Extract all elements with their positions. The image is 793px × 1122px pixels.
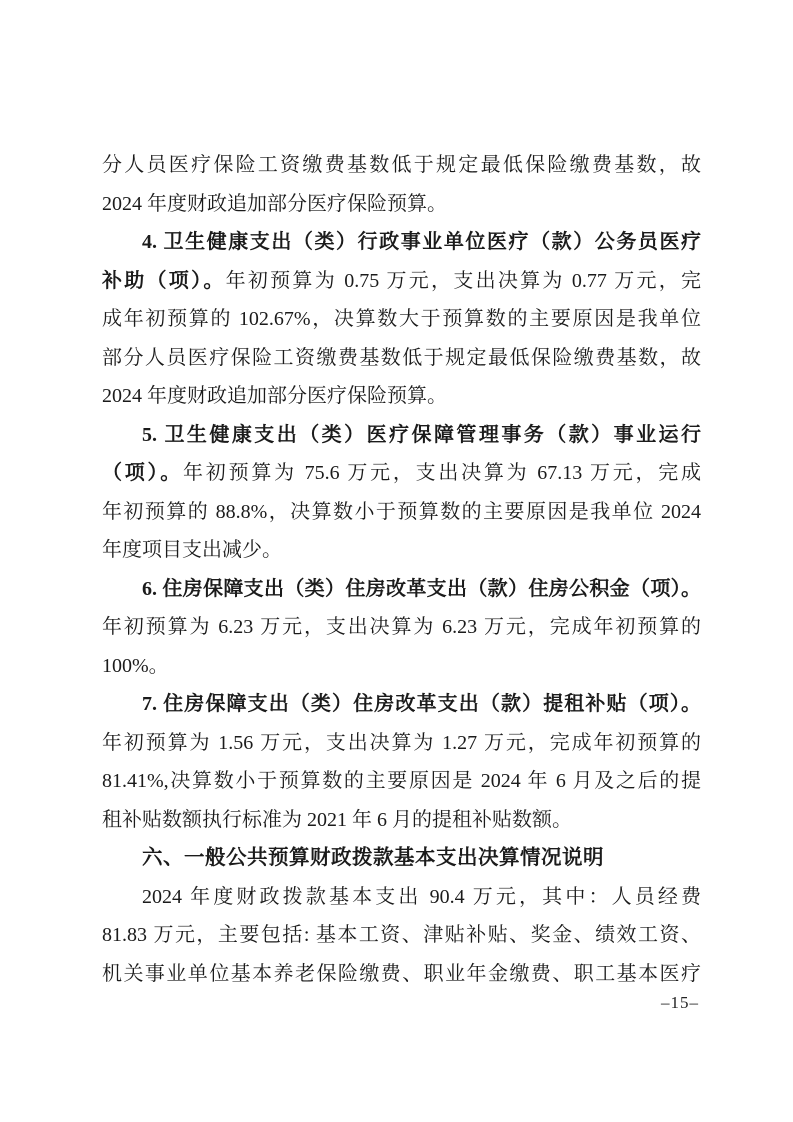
text-line: 六、一般公共预算财政拨款基本支出决算情况说明 [102, 839, 701, 878]
text-segment: 81.41%,决算数小于预算数的主要原因是 2024 年 6 月及之后的提 [102, 770, 701, 792]
document-body: 分人员医疗保险工资缴费基数低于规定最低保险缴费基数，故2024 年度财政追加部分… [102, 146, 701, 993]
text-segment: 年初预算为 1.56 万元，支出决算为 1.27 万元，完成年初预算的 [102, 732, 701, 754]
item-5-paragraph: 5. 卫生健康支出（类）医疗保障管理事务（款）事业运行（项）。年初预算为 75.… [102, 416, 701, 570]
item-7-paragraph: 7. 住房保障支出（类）住房改革支出（款）提租补贴（项）。年初预算为 1.56 … [102, 685, 701, 839]
text-segment: 81.83 万元，主要包括: 基本工资、津贴补贴、奖金、绩效工资、 [102, 924, 701, 946]
text-segment: 100%。 [102, 655, 169, 677]
item-6-paragraph: 6. 住房保障支出（类）住房改革支出（款）住房公积金（项）。年初预算为 6.23… [102, 570, 701, 686]
document-page: 分人员医疗保险工资缴费基数低于规定最低保险缴费基数，故2024 年度财政追加部分… [0, 0, 793, 1122]
text-line: 2024 年度财政拨款基本支出 90.4 万元，其中：人员经费 [102, 878, 701, 917]
text-segment: 年度项目支出减少。 [102, 539, 282, 561]
text-line: 4. 卫生健康支出（类）行政事业单位医疗（款）公务员医疗 [102, 223, 701, 262]
text-line: （项）。年初预算为 75.6 万元，支出决算为 67.13 万元，完成 [102, 454, 701, 493]
item-4-paragraph: 4. 卫生健康支出（类）行政事业单位医疗（款）公务员医疗补助（项）。年初预算为 … [102, 223, 701, 416]
text-line: 6. 住房保障支出（类）住房改革支出（款）住房公积金（项）。 [102, 570, 701, 609]
text-segment: 成年初预算的 102.67%，决算数大于预算数的主要原因是我单位 [102, 308, 701, 330]
text-segment: 租补贴数额执行标准为 2021 年 6 月的提租补贴数额。 [102, 809, 572, 831]
page-number: –15– [661, 993, 699, 1013]
text-segment: 6. 住房保障支出（类）住房改革支出（款）住房公积金（项）。 [142, 578, 701, 600]
text-segment: 年初预算为 0.75 万元，支出决算为 0.77 万元，完 [226, 270, 701, 292]
text-line: 年初预算为 6.23 万元，支出决算为 6.23 万元，完成年初预算的 [102, 608, 701, 647]
text-segment: 年初预算为 6.23 万元，支出决算为 6.23 万元，完成年初预算的 [102, 616, 701, 638]
text-segment: 2024 年度财政追加部分医疗保险预算。 [102, 193, 447, 215]
text-segment: 2024 年度财政拨款基本支出 90.4 万元，其中：人员经费 [142, 886, 701, 908]
text-line: 81.83 万元，主要包括: 基本工资、津贴补贴、奖金、绩效工资、 [102, 916, 701, 955]
text-segment: 补助（项）。 [102, 270, 226, 292]
text-segment: 4. 卫生健康支出（类）行政事业单位医疗（款）公务员医疗 [142, 231, 701, 253]
text-line: 租补贴数额执行标准为 2021 年 6 月的提租补贴数额。 [102, 801, 701, 840]
text-line: 补助（项）。年初预算为 0.75 万元，支出决算为 0.77 万元，完 [102, 262, 701, 301]
text-segment: 机关事业单位基本养老保险缴费、职业年金缴费、职工基本医疗 [102, 963, 701, 985]
text-segment: （项）。 [102, 462, 183, 484]
text-segment: 分人员医疗保险工资缴费基数低于规定最低保险缴费基数，故 [102, 154, 701, 176]
text-segment: 六、一般公共预算财政拨款基本支出决算情况说明 [142, 846, 604, 869]
text-line: 2024 年度财政追加部分医疗保险预算。 [102, 377, 701, 416]
text-line: 7. 住房保障支出（类）住房改革支出（款）提租补贴（项）。 [102, 685, 701, 724]
section-6-body: 2024 年度财政拨款基本支出 90.4 万元，其中：人员经费81.83 万元，… [102, 878, 701, 994]
text-line: 机关事业单位基本养老保险缴费、职业年金缴费、职工基本医疗 [102, 955, 701, 994]
section-6-heading: 六、一般公共预算财政拨款基本支出决算情况说明 [102, 839, 701, 878]
text-line: 年初预算的 88.8%，决算数小于预算数的主要原因是我单位 2024 [102, 493, 701, 532]
text-segment: 2024 年度财政追加部分医疗保险预算。 [102, 385, 447, 407]
text-line: 年初预算为 1.56 万元，支出决算为 1.27 万元，完成年初预算的 [102, 724, 701, 763]
text-segment: 5. 卫生健康支出（类）医疗保障管理事务（款）事业运行 [142, 424, 701, 446]
text-line: 5. 卫生健康支出（类）医疗保障管理事务（款）事业运行 [102, 416, 701, 455]
text-line: 部分人员医疗保险工资缴费基数低于规定最低保险缴费基数，故 [102, 339, 701, 378]
text-line: 分人员医疗保险工资缴费基数低于规定最低保险缴费基数，故 [102, 146, 701, 185]
text-line: 2024 年度财政追加部分医疗保险预算。 [102, 185, 701, 224]
para-continuation-medical-insurance: 分人员医疗保险工资缴费基数低于规定最低保险缴费基数，故2024 年度财政追加部分… [102, 146, 701, 223]
text-segment: 部分人员医疗保险工资缴费基数低于规定最低保险缴费基数，故 [102, 347, 701, 369]
text-line: 81.41%,决算数小于预算数的主要原因是 2024 年 6 月及之后的提 [102, 762, 701, 801]
text-segment: 年初预算为 75.6 万元，支出决算为 67.13 万元，完成 [183, 462, 701, 484]
text-segment: 7. 住房保障支出（类）住房改革支出（款）提租补贴（项）。 [142, 693, 701, 715]
text-line: 年度项目支出减少。 [102, 531, 701, 570]
text-line: 100%。 [102, 647, 701, 686]
text-line: 成年初预算的 102.67%，决算数大于预算数的主要原因是我单位 [102, 300, 701, 339]
text-segment: 年初预算的 88.8%，决算数小于预算数的主要原因是我单位 2024 [102, 501, 701, 523]
